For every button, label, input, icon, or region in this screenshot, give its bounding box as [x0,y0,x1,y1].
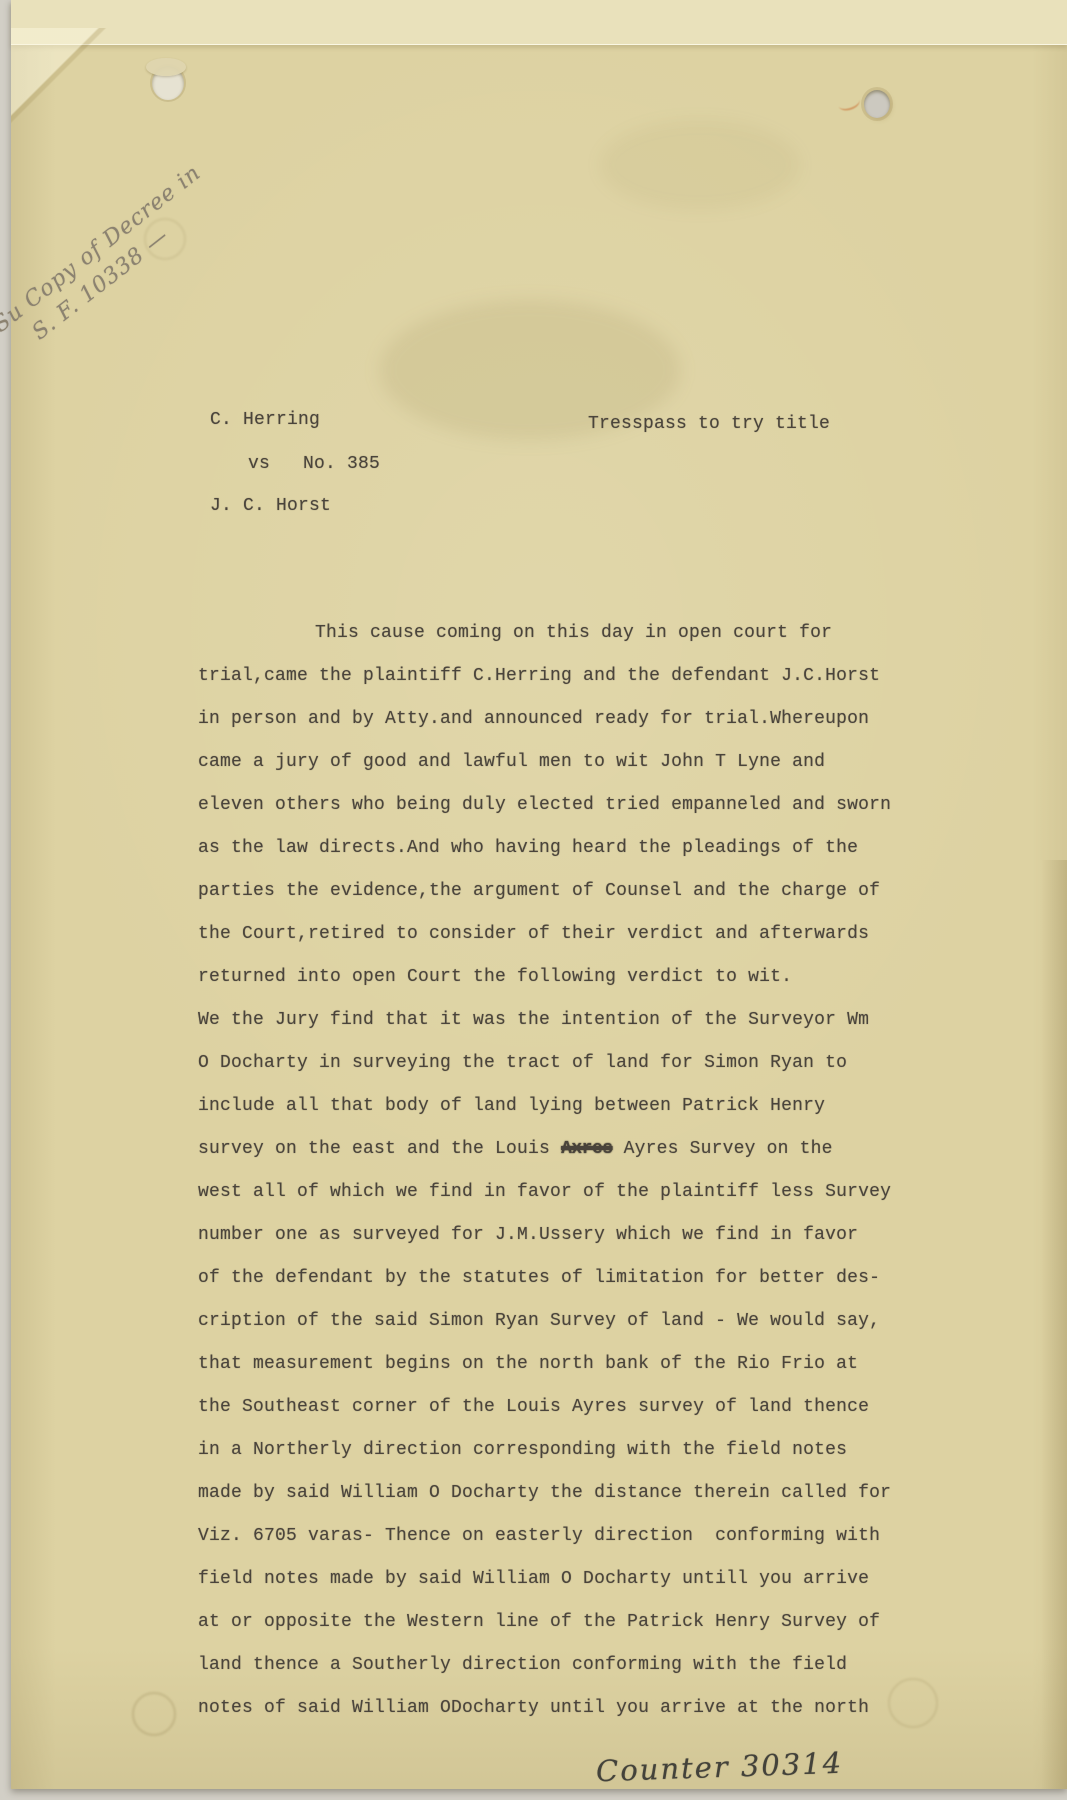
body-line: land thence a Southerly direction confor… [198,1644,918,1687]
body-line: parties the evidence,the argument of Cou… [198,870,918,913]
stain-ring [132,1692,176,1736]
corner-fold [11,28,131,148]
cause-of-action: Tresspass to try title [588,414,830,434]
body-line: cription of the said Simon Ryan Survey o… [198,1300,918,1343]
defendant-name: J. C. Horst [210,496,331,516]
body-line: the Court,retired to consider of their v… [198,913,918,956]
body-line: We the Jury find that it was the intenti… [198,999,918,1042]
body-line: O Docharty in surveying the tract of lan… [198,1042,918,1085]
body-line: survey on the east and the Louis Axres A… [198,1128,918,1171]
body-line: number one as surveyed for J.M.Ussery wh… [198,1214,918,1257]
plaintiff-name: C. Herring [210,410,320,430]
case-number-line: vs No. 385 [248,454,380,474]
body-line: in person and by Atty.and announced read… [198,698,918,741]
body-line: came a jury of good and lawful men to wi… [198,741,918,784]
body-line: Viz. 6705 varas- Thence on easterly dire… [198,1515,918,1558]
body-line: in a Northerly direction corresponding w… [198,1429,918,1472]
body-line: notes of said William ODocharty until yo… [198,1687,918,1730]
page-curl-shadow [1041,860,1067,1789]
body-line: that measurement begins on the north ban… [198,1343,918,1386]
body-segment: Ayres Survey on the [613,1139,833,1159]
body-line: eleven others who being duly elected tri… [198,784,918,827]
body-line: of the defendant by the statutes of limi… [198,1257,918,1300]
struck-out-word: Axres [561,1139,613,1159]
body-line: trial,came the plaintiff C.Herring and t… [198,655,918,698]
punch-hole-right [864,90,890,118]
body-line: returned into open Court the following v… [198,956,918,999]
body-text: This cause coming on this day in open co… [198,612,918,1730]
paper-top-edge [11,0,1067,45]
body-line: field notes made by said William O Docha… [198,1558,918,1601]
body-line: west all of which we find in favor of th… [198,1171,918,1214]
body-segment: survey on the east and the Louis [198,1139,561,1159]
body-line: at or opposite the Western line of the P… [198,1601,918,1644]
body-line: as the law directs.And who having heard … [198,827,918,870]
punch-hole-left [152,66,184,100]
body-line: the Southeast corner of the Louis Ayres … [198,1386,918,1429]
bleed-through-smudge [600,120,800,210]
body-line: made by said William O Docharty the dist… [198,1472,918,1515]
body-line: This cause coming on this day in open co… [198,612,918,655]
body-line: include all that body of land lying betw… [198,1085,918,1128]
scanned-document-page: { "document": { "pencil_note": { "line1"… [0,0,1067,1800]
